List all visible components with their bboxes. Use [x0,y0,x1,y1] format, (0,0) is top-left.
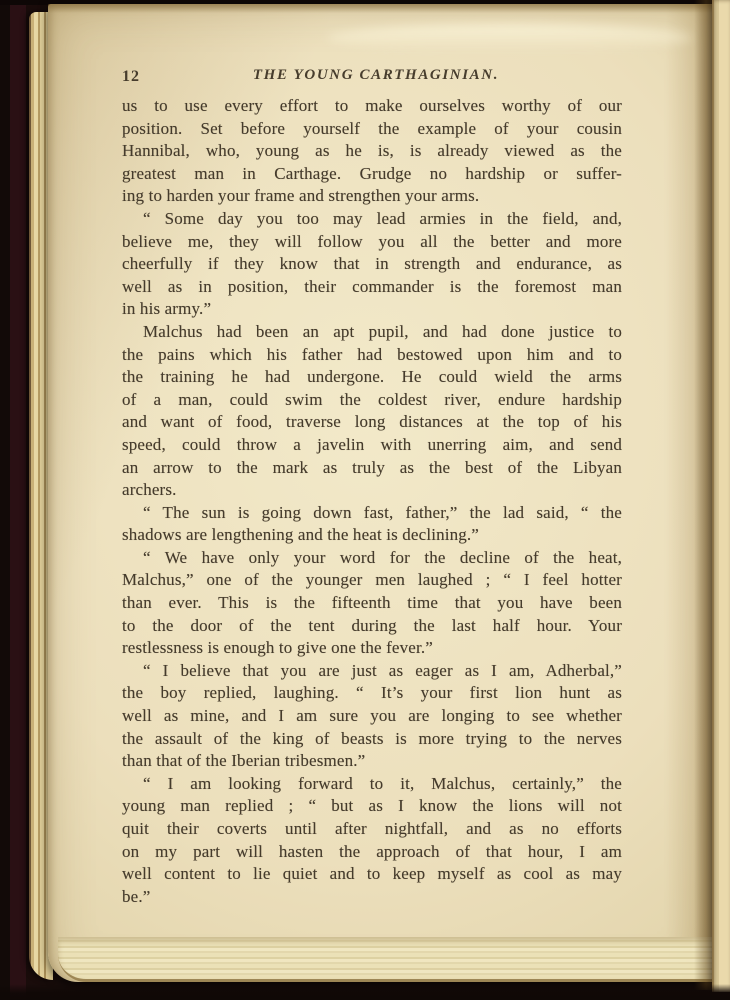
text-line: in his army.” [122,298,622,321]
page-body: us to use every effort to make ourselves… [122,95,622,908]
text-line: the pains which his father had bestowed … [122,344,622,367]
book-bottom-shadow [0,984,730,1000]
text-line: greatest man in Carthage. Grudge no hard… [122,163,622,186]
text-line: “ Some day you too may lead armies in th… [122,208,622,231]
text-line: the assault of the king of beasts is mor… [122,728,622,751]
text-line: “ I am looking forward to it, Malchus, c… [122,773,622,796]
text-line: Hannibal, who, young as he is, is alread… [122,140,622,163]
text-line: “ The sun is going down fast, father,” t… [122,502,622,525]
text-line: Malchus,” one of the younger men laughed… [122,569,622,592]
text-line: well as in position, their commander is … [122,276,622,299]
text-line: “ We have only your word for the decline… [122,547,622,570]
book-page: 12 THE YOUNG CARTHAGINIAN. us to use eve… [48,4,712,982]
text-line: young man replied ; “ but as I know the … [122,795,622,818]
text-line: than ever. This is the fifteenth time th… [122,592,622,615]
text-line: restlessness is enough to give one the f… [122,637,622,660]
text-line: ing to harden your frame and strengthen … [122,185,622,208]
text-line: “ I believe that you are just as eager a… [122,660,622,683]
text-line: cheerfully if they know that in strength… [122,253,622,276]
facing-page-sliver [712,0,730,992]
text-line: well content to lie quiet and to keep my… [122,863,622,886]
page-header: 12 THE YOUNG CARTHAGINIAN. [48,64,712,90]
text-line: believe me, they will follow you all the… [122,231,622,254]
page-block-bottom-edge [58,937,712,982]
text-line: position. Set before yourself the exampl… [122,118,622,141]
text-line: an arrow to the mark as truly as the bes… [122,457,622,480]
text-line: speed, could throw a javelin with unerri… [122,434,622,457]
text-line: and want of food, traverse long distance… [122,411,622,434]
text-line: the boy replied, laughing. “ It’s your f… [122,682,622,705]
text-line: than that of the Iberian tribesmen.” [122,750,622,773]
text-line: well as mine, and I am sure you are long… [122,705,622,728]
text-line: of a man, could swim the coldest river, … [122,389,622,412]
text-line: the training he had undergone. He could … [122,366,622,389]
page-number: 12 [122,68,140,86]
running-title: THE YOUNG CARTHAGINIAN. [168,67,584,84]
text-line: be.” [122,886,622,909]
text-line: quit their coverts until after nightfall… [122,818,622,841]
text-line: shadows are lengthening and the heat is … [122,524,622,547]
text-line: us to use every effort to make ourselves… [122,95,622,118]
text-line: to the door of the tent during the last … [122,615,622,638]
text-line: archers. [122,479,622,502]
gutter-shadow [694,0,714,990]
book-photo: 12 THE YOUNG CARTHAGINIAN. us to use eve… [0,0,730,1000]
text-line: on my part will hasten the approach of t… [122,841,622,864]
text-line: Malchus had been an apt pupil, and had d… [122,321,622,344]
